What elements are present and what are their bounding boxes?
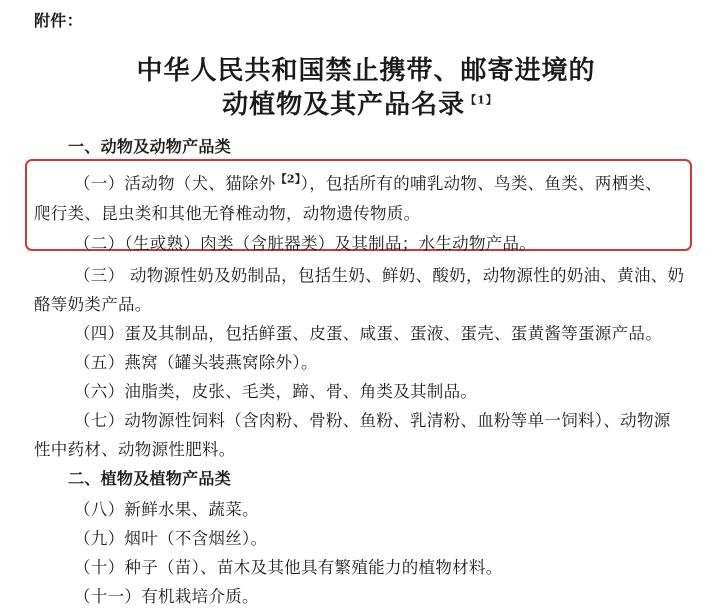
list-item-6: （六）油脂类，皮张、毛类，蹄、骨、角类及其制品。: [74, 378, 477, 402]
list-item-7-line1: （七）动物源性饲料（含肉粉、骨粉、鱼粉、乳清粉、血粉等单一饲料）、动物源: [74, 407, 671, 431]
list-item-7-line2: 性中药材、动物源性肥料。: [34, 436, 236, 460]
title-text: 动植物及其产品名录: [222, 90, 465, 120]
list-item-3-line2: 酪等奶类产品。: [34, 291, 152, 315]
list-item-4: （四）蛋及其制品，包括鲜蛋、皮蛋、咸蛋、蛋液、蛋壳、蛋黄酱等蛋源产品。: [74, 320, 662, 344]
list-item-5: （五）燕窝（罐头装燕窝除外）。: [74, 349, 318, 373]
list-item-1-line2: 爬行类、昆虫类和其他无脊椎动物，动物遗传物质。: [34, 200, 420, 224]
attachment-label: 附件：: [34, 8, 83, 31]
document-title-line1: 中华人民共和国禁止携带、邮寄进境的: [0, 50, 720, 87]
list-item-11: （十一）有机栽培介质。: [74, 583, 259, 607]
footnote-marker-2[interactable]: 【2】: [276, 173, 301, 186]
list-item-10: （十）种子（苗）、苗木及其他具有繁殖能力的植物材料。: [74, 554, 503, 578]
item-text: （一）活动物（犬、猫除外: [74, 174, 276, 193]
title-footnote-marker[interactable]: 【1】: [465, 93, 498, 106]
list-item-3-line1: （三） 动物源性奶及奶制品，包括生奶、鲜奶、酸奶，动物源性的奶油、黄油、奶: [74, 262, 684, 286]
list-item-2: （二）（生或熟）肉类（含脏器类）及其制品；水生动物产品。: [74, 230, 536, 254]
section-heading-plants: 二、植物及植物产品类: [68, 466, 231, 489]
item-text: ），包括所有的哺乳动物、鸟类、鱼类、两栖类、: [301, 174, 662, 193]
document-title-line2: 动植物及其产品名录【1】: [0, 84, 720, 121]
list-item-8: （八）新鲜水果、蔬菜。: [74, 496, 259, 520]
list-item-9: （九）烟叶（不含烟丝）。: [74, 525, 267, 549]
list-item-1-line1: （一）活动物（犬、猫除外【2】），包括所有的哺乳动物、鸟类、鱼类、两栖类、: [74, 170, 662, 194]
section-heading-animals: 一、动物及动物产品类: [68, 134, 231, 157]
